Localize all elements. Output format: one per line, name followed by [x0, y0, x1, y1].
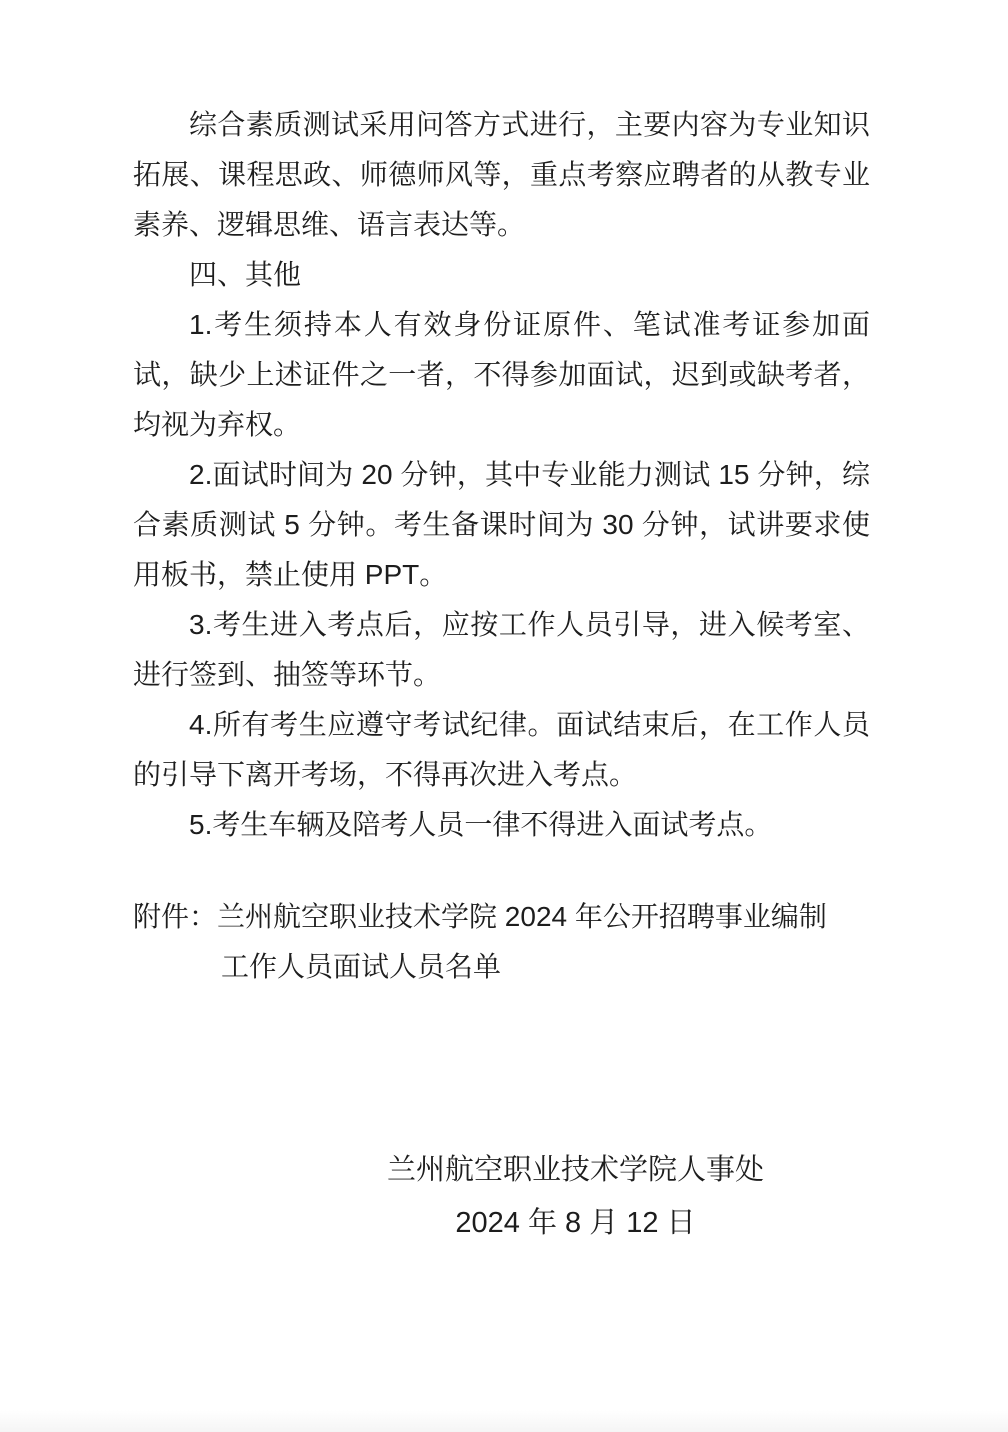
signature-block: 兰州航空职业技术学院人事处 2024 年 8 月 12 日	[133, 1144, 870, 1250]
section-heading-four-other: 四、其他	[133, 250, 870, 300]
attachment-block: 附件：兰州航空职业技术学院 2024 年公开招聘事业编制 工作人员面试人员名单	[133, 892, 870, 992]
paragraph-item-3-check-in: 3.考生进入考点后，应按工作人员引导，进入候考室、进行签到、抽签等环节。	[133, 600, 870, 700]
signature-organization: 兰州航空职业技术学院人事处	[281, 1144, 870, 1197]
document-body: 综合素质测试采用问答方式进行，主要内容为专业知识拓展、课程思政、师德师风等，重点…	[133, 100, 870, 1250]
document-page: 综合素质测试采用问答方式进行，主要内容为专业知识拓展、课程思政、师德师风等，重点…	[0, 0, 1008, 1432]
signature-date: 2024 年 8 月 12 日	[281, 1197, 870, 1250]
paragraph-item-2-interview-duration: 2.面试时间为 20 分钟，其中专业能力测试 15 分钟，综合素质测试 5 分钟…	[133, 450, 870, 600]
attachment-line-1: 附件：兰州航空职业技术学院 2024 年公开招聘事业编制	[133, 892, 870, 942]
paragraph-quality-test-intro: 综合素质测试采用问答方式进行，主要内容为专业知识拓展、课程思政、师德师风等，重点…	[133, 100, 870, 250]
attachment-label: 附件：	[133, 901, 217, 932]
attachment-title-line2: 工作人员面试人员名单	[221, 942, 870, 992]
attachment-title-line1: 兰州航空职业技术学院 2024 年公开招聘事业编制	[217, 901, 827, 932]
paragraph-item-4-discipline: 4.所有考生应遵守考试纪律。面试结束后，在工作人员的引导下离开考场，不得再次进入…	[133, 700, 870, 800]
paragraph-item-5-vehicles: 5.考生车辆及陪考人员一律不得进入面试考点。	[133, 800, 870, 850]
paragraph-item-1-id-documents: 1.考生须持本人有效身份证原件、笔试准考证参加面试，缺少上述证件之一者，不得参加…	[133, 300, 870, 450]
